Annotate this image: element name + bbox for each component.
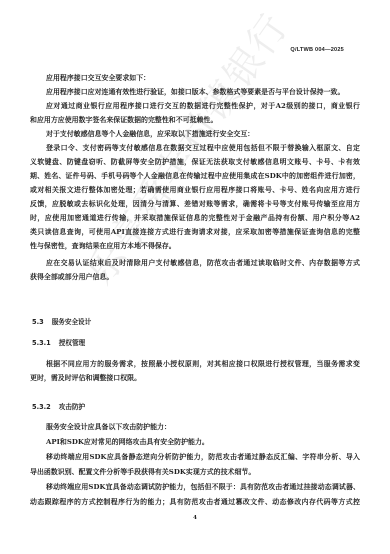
paragraph-line: 移动终端应用SDK应具备静态逆向分析防护能力，防范攻击者通过静态反汇编、字符串分… <box>46 453 360 462</box>
paragraph-line: 服务安全设计应具备以下攻击防护能力： <box>46 423 360 432</box>
paragraph-line: 根据不同应用方的服务需求，按照最小授权原则，对其相应接口权限进行授权管理，当服务… <box>46 360 360 369</box>
section-number: 5.3 <box>32 318 44 326</box>
section-number: 5.3.2 <box>32 403 51 411</box>
section-heading-5-3-2: 5.3.2攻击防护 <box>32 401 85 411</box>
paragraph-line: 获得全部或部分用户信息。 <box>30 273 360 282</box>
section-title: 服务安全设计 <box>52 318 92 326</box>
paragraph-line: 对于支付敏感信息等个人金融信息，应采取以下措施进行安全交互： <box>46 130 360 139</box>
paragraph-line: API和SDK应对常见的网络攻击具有安全防护能力。 <box>46 438 360 447</box>
paragraph-line: 应用程序接口应对连通有效性进行验证，如接口版本、参数格式等要素是否与平台设计保持… <box>46 88 360 97</box>
document-page: Q/LTWB 004—2025 乐亭舜丰村镇银行 应用程序接口交互安全要求如下：… <box>0 0 390 554</box>
paragraph-line: 应在交易认证结束后及时清除用户支付敏感信息，防范攻击者通过读取临时文件、内存数据… <box>46 259 360 268</box>
paragraph-line: 反馈，应脱敏或去标识化处理，因清分与清算、差错对账等需求，确需将卡号等支付账号传… <box>30 200 360 209</box>
document-code: Q/LTWB 004—2025 <box>290 47 344 53</box>
section-number: 5.3.1 <box>32 339 51 347</box>
paragraph-line: 移动终端应用SDK宜具备动态调试防护能力，包括但不限于：具有防范攻击者通过挂接动… <box>46 483 360 492</box>
section-heading-5-3-1: 5.3.1授权管理 <box>32 337 85 347</box>
paragraph-line: 更时，需及时评估和调整接口权限。 <box>30 374 360 383</box>
section-heading-5-3: 5.3服务安全设计 <box>32 316 91 326</box>
paragraph-line: 应用程序接口交互安全要求如下： <box>46 74 360 83</box>
paragraph-line: 类只读信息查询，可使用API直接连接方式进行查询请求对接，应采取加密等措施保证查… <box>30 228 360 237</box>
paragraph-line: 义软键盘、防键盘窃听、防截屏等安全防护措施，保证无法获取支付敏感信息明文账号、卡… <box>30 158 360 167</box>
section-title: 授权管理 <box>59 339 85 347</box>
page-number: 4 <box>0 515 390 521</box>
paragraph-line: 登录口令、支付密码等支付敏感信息在数据交互过程中应使用包括但不限于替换输入框原文… <box>46 144 360 153</box>
paragraph-line: 或对相关报文进行整体加密处理；若确需使用商业银行应用程序接口将账号、卡号、姓名向… <box>30 186 360 195</box>
paragraph-line: 导出函数识别、配置文件分析等手段获得有关SDK实现方式的技术细节。 <box>30 468 360 477</box>
paragraph-line: 应对通过商业银行应用程序接口进行交互的数据进行完整性保护，对于A2级别的接口，商… <box>46 102 360 111</box>
paragraph-line: 性与保密性，查询结果在应用方本地不得保存。 <box>30 242 360 251</box>
paragraph-line: 和应用方应使用数字签名来保证数据的完整性和不可抵赖性。 <box>30 116 360 125</box>
paragraph-line: 时，应使用加密通道进行传输，并采取措施保证信息的完整性对于金融产品持有份额、用户… <box>30 214 360 223</box>
paragraph-line: 动态跟踪程序的方式控制程序行为的能力；具有防范攻击者通过篡改文件、动态修改内存代… <box>30 498 360 507</box>
paragraph-line: 期、姓名、证件号码、手机号码等个人金融信息在传输过程中应使用集成在SDK中的加密… <box>30 172 360 181</box>
section-title: 攻击防护 <box>59 403 85 411</box>
